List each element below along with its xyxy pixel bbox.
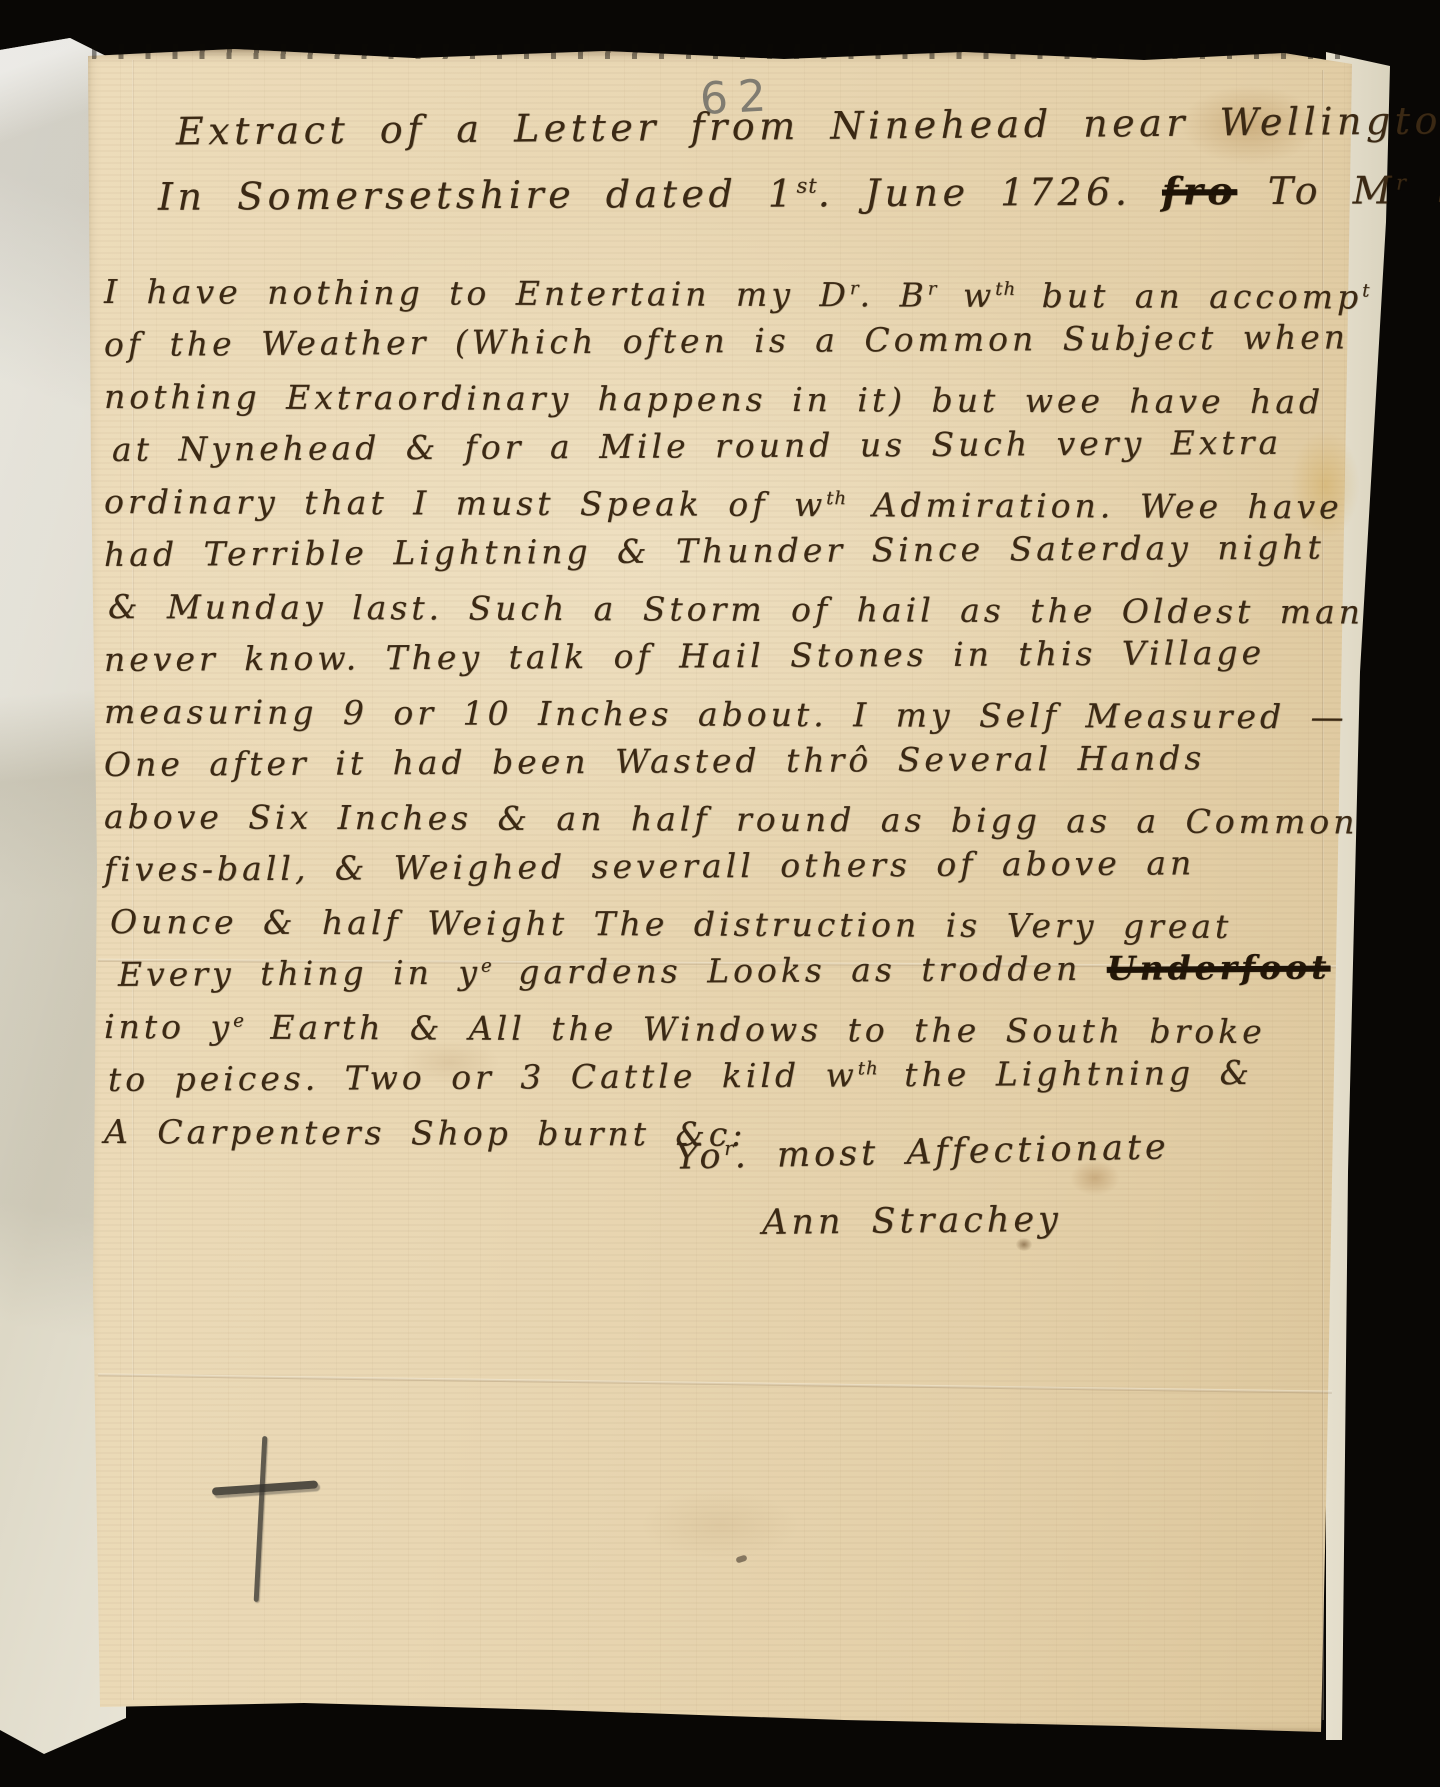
stain bbox=[640, 1490, 800, 1560]
superscript-text: t bbox=[1362, 280, 1370, 301]
text-segment: gardens Looks as trodden bbox=[493, 948, 1107, 991]
superscript-text: th bbox=[826, 488, 847, 509]
manuscript-line: to peices. Two or 3 Cattle kild wth the … bbox=[104, 1052, 1344, 1112]
text-segment: Admiration. Wee have bbox=[847, 485, 1343, 526]
text-segment: had Terrible Lightning & Thunder Since S… bbox=[104, 527, 1325, 573]
text-segment: the Lightning & bbox=[879, 1052, 1253, 1093]
letter-heading: Extract of a Letter from Ninehead near W… bbox=[118, 110, 1358, 238]
text-segment: To M bbox=[1237, 168, 1396, 213]
superscript-text: r bbox=[724, 1137, 735, 1160]
manuscript-scan: 62 Extract of a Letter from Ninehead nea… bbox=[0, 0, 1440, 1787]
manuscript-line: fives-ball, & Weighed severall others of… bbox=[104, 842, 1344, 902]
manuscript-line: at Nynehead & for a Mile round us Such v… bbox=[104, 422, 1344, 482]
superscript-text: r bbox=[850, 278, 860, 299]
manuscript-line: had Terrible Lightning & Thunder Since S… bbox=[104, 527, 1344, 587]
letter-body: I have nothing to Entertain my Dr. Br wt… bbox=[104, 272, 1344, 1165]
text-segment: measuring 9 or 10 Inches about. I my Sel… bbox=[104, 692, 1348, 736]
manuscript-line: Yor. most Affectionate bbox=[659, 1124, 1330, 1204]
text-segment: . B bbox=[859, 275, 927, 314]
manuscript-line: One after it had been Wasted thrô Severa… bbox=[104, 737, 1344, 797]
superscript-text: st bbox=[796, 174, 817, 198]
text-segment: Every thing in y bbox=[118, 952, 481, 993]
text-segment: ordinary that I must Speak of w bbox=[104, 482, 826, 524]
pencil-folio-number: 62 bbox=[699, 70, 778, 125]
text-segment: but an accomp bbox=[1016, 276, 1362, 317]
text-segment: One after it had been Wasted thrô Severa… bbox=[104, 738, 1206, 784]
struck-out-text: Underfoot bbox=[1107, 947, 1331, 987]
text-segment: at Nynehead & for a Mile round us Such v… bbox=[112, 422, 1282, 468]
text-segment: Earth & All the Windows to the South bro… bbox=[245, 1008, 1266, 1051]
text-segment: . June 1726. bbox=[818, 170, 1163, 216]
text-segment: & Munday last. Such a Storm of hail as t… bbox=[108, 587, 1364, 631]
text-segment: In Somersetshire dated 1 bbox=[158, 171, 797, 218]
superscript-text: th bbox=[858, 1058, 879, 1079]
text-segment: to peices. Two or 3 Cattle kild w bbox=[108, 1055, 858, 1099]
text-segment: nothing Extraordinary happens in it) but… bbox=[104, 377, 1324, 421]
superscript-text: th bbox=[995, 279, 1016, 300]
letter-closing-signature: Yor. most AffectionateAnn Strachey bbox=[660, 1138, 1330, 1270]
superscript-text: e bbox=[481, 955, 493, 976]
manuscript-line: In Somersetshire dated 1st. June 1726. f… bbox=[118, 168, 1358, 238]
text-segment: Strachey bbox=[1407, 167, 1440, 212]
text-segment: Ounce & half Weight The distruction is V… bbox=[110, 902, 1232, 946]
text-segment: . most Affectionate bbox=[734, 1127, 1170, 1176]
text-segment: I have nothing to Entertain my D bbox=[104, 272, 850, 314]
superscript-text: e bbox=[233, 1011, 245, 1032]
manuscript-line: never know. They talk of Hail Stones in … bbox=[104, 632, 1344, 692]
struck-out-text: fro bbox=[1162, 168, 1237, 213]
text-segment: w bbox=[937, 276, 995, 315]
manuscript-line: Every thing in ye gardens Looks as trodd… bbox=[104, 947, 1344, 1007]
text-segment: Yo bbox=[675, 1137, 725, 1178]
manuscript-line: of the Weather (Which often is a Common … bbox=[104, 317, 1344, 377]
text-segment: above Six Inches & an half round as bigg… bbox=[104, 797, 1359, 841]
manuscript-line: Ann Strachey bbox=[660, 1197, 1331, 1270]
text-segment: never know. They talk of Hail Stones in … bbox=[104, 632, 1265, 678]
text-segment: Ann Strachey bbox=[762, 1200, 1062, 1243]
torn-top-edge bbox=[92, 44, 1354, 59]
text-segment: of the Weather (Which often is a Common … bbox=[104, 317, 1349, 364]
text-segment: A Carpenters Shop burnt &c: bbox=[104, 1112, 747, 1154]
text-segment: fives-ball, & Weighed severall others of… bbox=[104, 843, 1195, 889]
text-segment: into y bbox=[104, 1007, 233, 1047]
superscript-text: r bbox=[1396, 171, 1407, 195]
